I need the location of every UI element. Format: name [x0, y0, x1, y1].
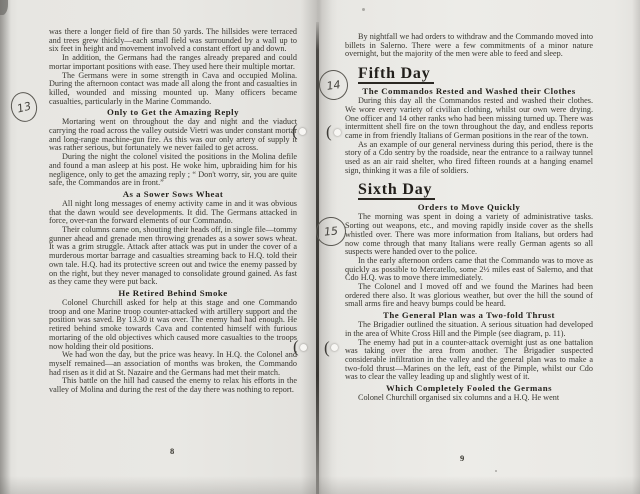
page-number-right: 9 — [460, 453, 464, 463]
right-page-text-column: By nightfall we had orders to withdraw a… — [345, 33, 593, 403]
punch-hole — [299, 128, 306, 135]
paragraph: By nightfall we had orders to withdraw a… — [345, 33, 593, 59]
paragraph: As an example of our general nerviness d… — [345, 141, 593, 176]
paragraph: The Colonel and I moved off and we found… — [345, 283, 593, 309]
scan-right-edge-shadow — [632, 0, 640, 494]
punch-hole — [331, 344, 338, 351]
paragraph: In addition, the Germans had the ranges … — [49, 54, 297, 71]
dust-speck — [362, 8, 365, 11]
punch-hole — [300, 344, 307, 351]
day-heading: Fifth Day — [358, 65, 434, 84]
paragraph: Colonel Churchill organised six columns … — [345, 394, 593, 403]
paragraph: The enemy had put in a counter-attack ov… — [345, 339, 593, 383]
section-heading: He Retired Behind Smoke — [49, 289, 297, 298]
book-scan: was there a longer field of fire than 50… — [0, 0, 640, 494]
section-heading: Orders to Move Quickly — [345, 203, 593, 212]
paragraph: Their columns came on, shouting their he… — [49, 226, 297, 287]
section-heading: Which Completely Fooled the Germans — [345, 384, 593, 393]
pencil-paren-mark: ( — [324, 339, 330, 356]
pencil-paren-mark: ( — [293, 338, 299, 355]
day-heading: Sixth Day — [358, 181, 435, 200]
section-heading: The Commandos Rested and Washed their Cl… — [345, 87, 593, 96]
scan-left-edge-shadow — [0, 0, 11, 494]
paragraph: The Brigadier outlined the situation. A … — [345, 321, 593, 338]
pencil-paren-mark: ( — [292, 122, 298, 139]
section-heading: As a Sower Sows Wheat — [49, 190, 297, 199]
paragraph: The Germans were in some strength in Cav… — [49, 72, 297, 107]
paragraph: Mortaring went on throughout the day and… — [49, 118, 297, 153]
paragraph: We had won the day, but the price was he… — [49, 351, 297, 377]
dust-speck — [495, 470, 497, 472]
paragraph: The morning was spent in doing a variety… — [345, 213, 593, 257]
paragraph: In the early afternoon orders came that … — [345, 257, 593, 283]
section-heading: The General Plan was a Two-fold Thrust — [345, 311, 593, 320]
paragraph: During this day all the Commandos rested… — [345, 97, 593, 141]
page-number-left: 8 — [170, 446, 174, 456]
paragraph: Colonel Churchill asked for help at this… — [49, 299, 297, 351]
section-heading: Only to Get the Amazing Reply — [49, 108, 297, 117]
left-page-text-column: was there a longer field of fire than 50… — [49, 28, 297, 395]
punch-hole — [334, 129, 341, 136]
paragraph: During the night the colonel visited the… — [49, 153, 297, 188]
paragraph: was there a longer field of fire than 50… — [49, 28, 297, 54]
paragraph: All night long messages of enemy activit… — [49, 200, 297, 226]
scan-bottom-shadow — [0, 476, 640, 494]
book-gutter-line — [316, 22, 319, 494]
paragraph: This battle on the hill had caused the e… — [49, 377, 297, 394]
pencil-paren-mark: ( — [326, 123, 332, 140]
